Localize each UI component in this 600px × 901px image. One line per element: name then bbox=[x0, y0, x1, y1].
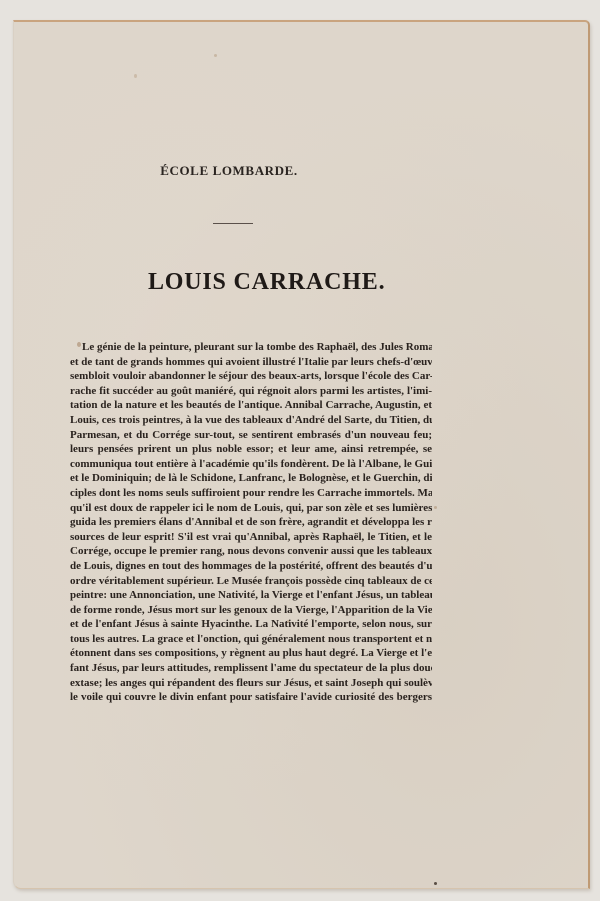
text-line: sources de leur esprit! S'il est vrai qu… bbox=[70, 530, 432, 545]
text-line: ciples dont les noms seuls suffiroient p… bbox=[70, 486, 432, 501]
body-paragraph: Le génie de la peinture, pleurant sur la… bbox=[70, 340, 432, 705]
text-line: Corrége, occupe le premier rang, nous de… bbox=[70, 544, 432, 559]
text-line: et le Dominiquin; de là le Schidone, Lan… bbox=[70, 471, 432, 486]
text-line: guida les premiers élans d'Annibal et de… bbox=[70, 515, 432, 530]
foxing-spot bbox=[134, 74, 137, 78]
text-line: et de l'enfant Jésus à sainte Hyacinthe.… bbox=[70, 617, 432, 632]
text-line: le voile qui couvre le divin enfant pour… bbox=[70, 690, 432, 705]
text-line: et de tant de grands hommes qui avoient … bbox=[70, 355, 432, 370]
text-line: Louis, ces trois peintres, à la vue des … bbox=[70, 413, 432, 428]
text-line: sembloit vouloir abandonner le séjour de… bbox=[70, 369, 432, 384]
text-line: de forme ronde, Jésus mort sur les genou… bbox=[70, 603, 432, 618]
text-line: Le génie de la peinture, pleurant sur la… bbox=[70, 340, 432, 355]
text-line: étonnent dans ses compositions, y règnen… bbox=[70, 646, 432, 661]
text-line: de Louis, dignes en tout des hommages de… bbox=[70, 559, 432, 574]
text-line: fant Jésus, par leurs attitudes, remplis… bbox=[70, 661, 432, 676]
text-line: rache fit succéder au goût maniéré, qui … bbox=[70, 384, 432, 399]
text-line: peintre: une Annonciation, une Nativité,… bbox=[70, 588, 432, 603]
text-line: qu'il est doux de rappeler ici le nom de… bbox=[70, 501, 432, 516]
article-title: LOUIS CARRACHE. bbox=[148, 269, 385, 296]
text-line: tation de la nature et les beautés de l'… bbox=[70, 398, 432, 413]
text-line: communiqua tout entière à l'académie qu'… bbox=[70, 457, 432, 472]
scanned-page: ÉCOLE LOMBARDE. LOUIS CARRACHE. Le génie… bbox=[13, 20, 590, 889]
text-line: Parmesan, et du Corrége sur-tout, se sen… bbox=[70, 428, 432, 443]
section-heading: ÉCOLE LOMBARDE. bbox=[14, 163, 444, 179]
text-line: tous les autres. La grace et l'onction, … bbox=[70, 632, 432, 647]
title-divider bbox=[213, 223, 253, 224]
foxing-spot bbox=[434, 506, 437, 509]
foxing-spot bbox=[214, 54, 217, 57]
text-line: leurs pensées prirent un plus noble esso… bbox=[70, 442, 432, 457]
text-line: extase; les anges qui répandent des fleu… bbox=[70, 676, 432, 691]
text-line: ordre véritablement supérieur. Le Musée … bbox=[70, 574, 432, 589]
foxing-spot bbox=[434, 882, 437, 885]
